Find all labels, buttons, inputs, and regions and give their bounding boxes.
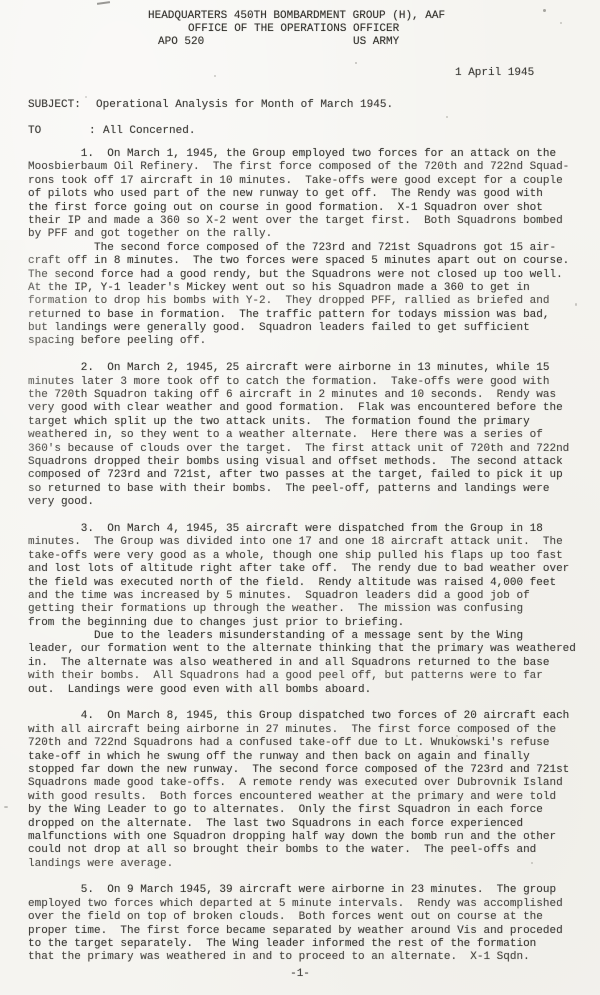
letterhead-us-army: US ARMY bbox=[353, 36, 399, 49]
text-line: 720th and 722nd Squadrons had a confused… bbox=[28, 737, 588, 750]
paragraph: 3. On March 4, 1945, 35 aircraft were di… bbox=[28, 523, 588, 697]
page-number: -1- bbox=[0, 968, 600, 980]
text-line: of pilots who used part of the new runwa… bbox=[28, 188, 588, 201]
text-line: that the primary was weathered in and to… bbox=[28, 951, 588, 964]
text-line: landings were average. bbox=[28, 858, 588, 871]
paper-speck bbox=[97, 1, 110, 5]
text-line: take-off in which he swung off the runwa… bbox=[28, 751, 588, 764]
text-line: over the field on top of broken clouds. … bbox=[28, 911, 588, 924]
to-value: All Concerned. bbox=[103, 125, 195, 138]
text-line: getting their formations up through the … bbox=[28, 603, 588, 616]
text-line: 5. On 9 March 1945, 39 aircraft were air… bbox=[28, 884, 588, 897]
text-line: minutes. The Group was divided into one … bbox=[28, 536, 588, 549]
text-line: minutes later 3 more took off to catch t… bbox=[28, 376, 588, 389]
paragraph: 2. On March 2, 1945, 25 aircraft were ai… bbox=[28, 362, 588, 509]
paper-speck bbox=[560, 22, 562, 24]
document-date: 1 April 1945 bbox=[455, 67, 534, 80]
text-line: The second force had a good rendy, but t… bbox=[28, 269, 588, 282]
text-line: Due to the leaders misunderstanding of a… bbox=[28, 630, 588, 643]
text-line: with their bombs. All Squadrons had a go… bbox=[28, 670, 588, 683]
paper-speck bbox=[446, 116, 448, 118]
text-line: the 720th Squadron taking off 6 aircraft… bbox=[28, 389, 588, 402]
letterhead-office-line: OFFICE OF THE OPERATIONS OFFICER bbox=[188, 23, 399, 36]
scanned-document-page: HEADQUARTERS 450TH BOMBARDMENT GROUP (H)… bbox=[0, 0, 600, 995]
text-line: employed two forces which departed at 5 … bbox=[28, 898, 588, 911]
text-line: malfunctions with one Squadron dropping … bbox=[28, 831, 588, 844]
text-line: target which split up the two attack uni… bbox=[28, 416, 588, 429]
text-line: very good with clear weather and good fo… bbox=[28, 402, 588, 415]
text-line: formation to drop his bombs with Y-2. Th… bbox=[28, 295, 588, 308]
text-line: so returned to base with their bombs. Th… bbox=[28, 483, 588, 496]
text-line: by PFF and got together on the rally. bbox=[28, 228, 588, 241]
text-line: the field was executed north of the fiel… bbox=[28, 577, 588, 590]
text-line: to the target separately. The Wing leade… bbox=[28, 938, 588, 951]
text-line: returned to base in formation. The traff… bbox=[28, 309, 588, 322]
text-line: At the IP, Y-1 leader's Mickey went out … bbox=[28, 282, 588, 295]
text-line: out. Landings were good even with all bo… bbox=[28, 684, 588, 697]
text-line: take-offs were very good as a whole, tho… bbox=[28, 550, 588, 563]
text-line: spacing before peeling off. bbox=[28, 335, 588, 348]
text-line: could not drop at all so brought their b… bbox=[28, 844, 588, 857]
to-label: TO bbox=[28, 125, 41, 138]
text-line: 1. On March 1, 1945, the Group employed … bbox=[28, 148, 588, 161]
letterhead-apo: APO 520 bbox=[158, 36, 204, 49]
text-line: in. The alternate was also weathered in … bbox=[28, 657, 588, 670]
subject-value: Operational Analysis for Month of March … bbox=[96, 99, 393, 112]
text-line: rons took off 17 aircraft in 10 minutes.… bbox=[28, 175, 588, 188]
text-line: 4. On March 8, 1945, this Group dispatch… bbox=[28, 710, 588, 723]
text-line: their IP and made a 360 so X-2 went over… bbox=[28, 215, 588, 228]
text-line: Moosbierbaum Oil Refinery. The first for… bbox=[28, 161, 588, 174]
to-colon: : bbox=[89, 125, 96, 138]
subject-label: SUBJECT: bbox=[28, 99, 81, 112]
letterhead-org-line: HEADQUARTERS 450TH BOMBARDMENT GROUP (H)… bbox=[148, 10, 445, 23]
text-line: 2. On March 2, 1945, 25 aircraft were ai… bbox=[28, 362, 588, 375]
text-line: leader, our formation went to the altern… bbox=[28, 643, 588, 656]
text-line: with good results. Both forces encounter… bbox=[28, 791, 588, 804]
paper-speck bbox=[543, 9, 546, 12]
text-line: with all aircraft being airborne in 27 m… bbox=[28, 724, 588, 737]
text-line: composed of 723rd and 721st, after two p… bbox=[28, 469, 588, 482]
text-line: and lost lots of altitude right after ta… bbox=[28, 563, 588, 576]
text-line: proper time. The first force became sepa… bbox=[28, 925, 588, 938]
paper-speck bbox=[85, 96, 87, 98]
document-body: 1. On March 1, 1945, the Group employed … bbox=[28, 148, 588, 965]
text-line: craft off in 8 minutes. The two forces w… bbox=[28, 255, 588, 268]
paragraph: 1. On March 1, 1945, the Group employed … bbox=[28, 148, 588, 349]
text-line: Squadrons made good take-offs. A remote … bbox=[28, 777, 588, 790]
paragraph: 5. On 9 March 1945, 39 aircraft were air… bbox=[28, 884, 588, 964]
text-line: dropped on the alternate. The last two S… bbox=[28, 818, 588, 831]
paper-speck bbox=[214, 75, 216, 77]
text-line: by the Wing Leader to go to alternates. … bbox=[28, 804, 588, 817]
paragraph: 4. On March 8, 1945, this Group dispatch… bbox=[28, 710, 588, 871]
text-line: from the beginning due to changes just p… bbox=[28, 617, 588, 630]
text-line: stopped far down the new runway. The sec… bbox=[28, 764, 588, 777]
text-line: The second force composed of the 723rd a… bbox=[28, 242, 588, 255]
text-line: 360's because of clouds over the target.… bbox=[28, 443, 588, 456]
paper-speck bbox=[355, 62, 357, 64]
text-line: the first force going out on course in g… bbox=[28, 202, 588, 215]
text-line: but landings were generally good. Squadr… bbox=[28, 322, 588, 335]
paper-speck bbox=[4, 806, 8, 808]
text-line: 3. On March 4, 1945, 35 aircraft were di… bbox=[28, 523, 588, 536]
text-line: and the time was increased by 5 minutes.… bbox=[28, 590, 588, 603]
text-line: very good. bbox=[28, 496, 588, 509]
text-line: weathered in, so they went to a weather … bbox=[28, 429, 588, 442]
text-line: Squadrons dropped their bombs using visu… bbox=[28, 456, 588, 469]
